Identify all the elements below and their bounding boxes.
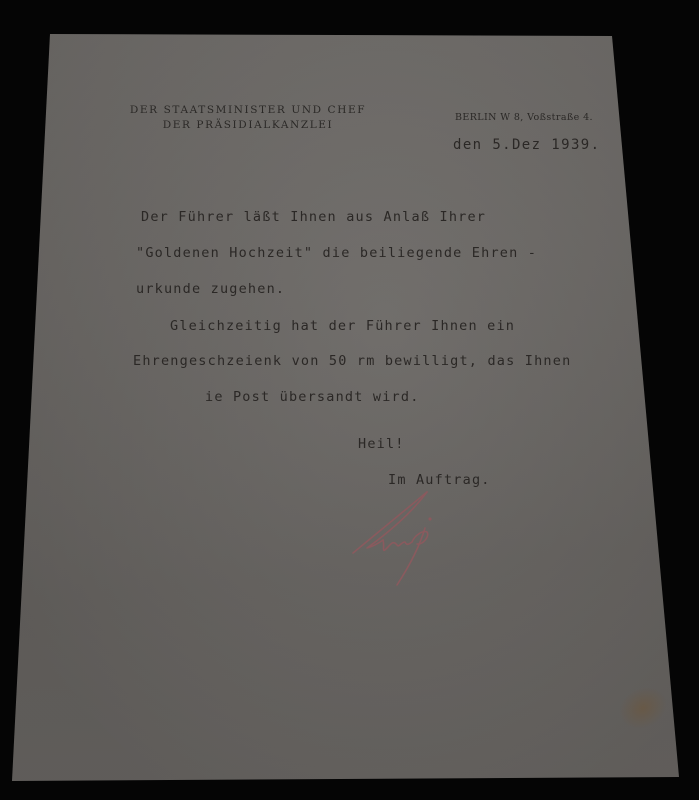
closing-on-behalf: Im Auftrag. [388,472,491,488]
handwritten-signature [345,490,465,590]
body-line: Gleichzeitig hat der Führer Ihnen ein [170,318,515,334]
body-line: Der Führer läßt Ihnen aus Anlaß Ihrer [141,209,486,225]
letterhead-line-2: DER PRÄSIDIALKANZLEI [118,118,378,133]
letterhead-line-1: DER STAATSMINISTER UND CHEF [118,103,378,118]
body-line: Ehrengeschzeienk von 50 rm bewilligt, da… [133,353,571,369]
closing-greeting: Heil! [358,436,405,452]
body-line: "Goldenen Hochzeit" die beiliegende Ehre… [136,245,537,261]
body-line: ie Post übersandt wird. [205,389,420,405]
letterhead-address: BERLIN W 8, Voßstraße 4. [455,110,593,125]
letterhead-sender: DER STAATSMINISTER UND CHEF DER PRÄSIDIA… [118,103,378,133]
letter-date: den 5.Dez 1939. [453,137,600,153]
body-line: urkunde zugehen. [136,281,285,297]
